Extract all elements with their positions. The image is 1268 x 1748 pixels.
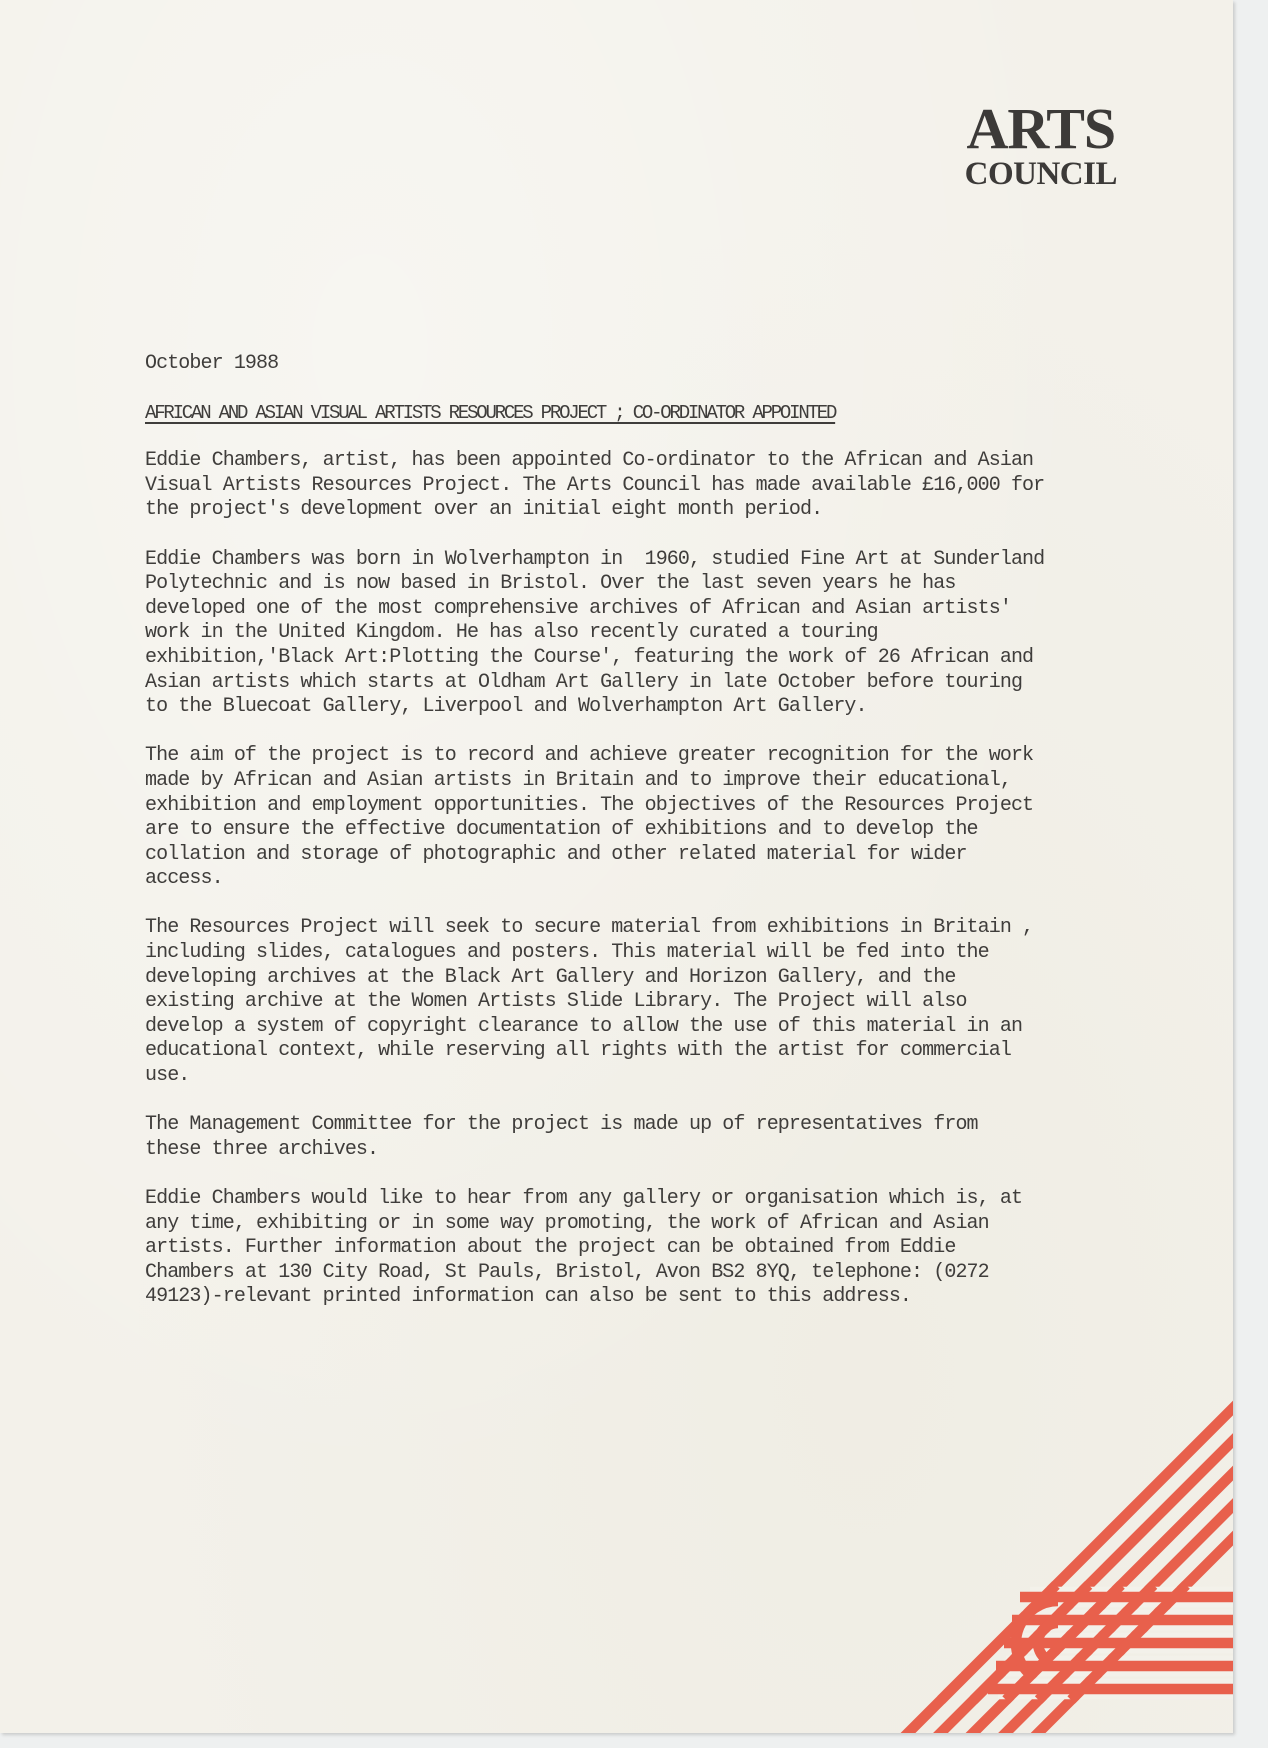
letter-paragraph: The Management Committee for the project… <box>145 1113 1165 1162</box>
letter-heading: AFRICAN AND ASIAN VISUAL ARTISTS RESOURC… <box>145 401 1165 426</box>
letter-paragraph: Eddie Chambers would like to hear from a… <box>145 1187 1165 1310</box>
arts-council-logo: ARTS COUNCIL <box>965 100 1117 191</box>
letter-paragraph: Eddie Chambers was born in Wolverhampton… <box>145 548 1165 720</box>
paragraph-line: The Resources Project will seek to secur… <box>145 916 1033 939</box>
letter-paragraph: Eddie Chambers, artist, has been appoint… <box>145 449 1165 523</box>
paragraph-line: made by African and Asian artists in Bri… <box>145 769 1011 792</box>
paragraph-line: Eddie Chambers would like to hear from a… <box>145 1187 1022 1210</box>
paragraph-line: 49123)-relevant printed information can … <box>145 1285 911 1308</box>
paragraph-line: The aim of the project is to record and … <box>145 744 1033 767</box>
letter-body: October 1988 AFRICAN AND ASIAN VISUAL AR… <box>145 352 1165 1335</box>
paragraph-line: use. <box>145 1064 189 1087</box>
letter-date: October 1988 <box>145 352 1165 377</box>
paragraph-line: exhibition and employment opportunities.… <box>145 794 1033 817</box>
paragraph-line: developed one of the most comprehensive … <box>145 597 1011 620</box>
paragraph-line: any time, exhibiting or in some way prom… <box>145 1212 989 1235</box>
paragraph-line: exhibition,'Black Art:Plotting the Cours… <box>145 646 1033 669</box>
paragraph-line: existing archive at the Women Artists Sl… <box>145 990 967 1013</box>
logo-council-text: COUNCIL <box>965 158 1117 191</box>
paragraph-line: these three archives. <box>145 1138 378 1161</box>
paragraph-line: Eddie Chambers, artist, has been appoint… <box>145 449 1033 472</box>
paragraph-line: develop a system of copyright clearance … <box>145 1015 1022 1038</box>
paragraph-line: to the Bluecoat Gallery, Liverpool and W… <box>145 695 867 718</box>
paragraph-line: are to ensure the effective documentatio… <box>145 818 978 841</box>
paragraph-line: Visual Artists Resources Project. The Ar… <box>145 474 1044 497</box>
paragraph-line: the project's development over an initia… <box>145 498 822 521</box>
paragraph-line: educational context, while reserving all… <box>145 1039 1011 1062</box>
logo-arts-text: ARTS <box>965 100 1117 158</box>
letter-paragraph: The Resources Project will seek to secur… <box>145 916 1165 1088</box>
paragraph-line: developing archives at the Black Art Gal… <box>145 966 955 989</box>
paragraph-line: work in the United Kingdom. He has also … <box>145 621 878 644</box>
paragraph-line: Chambers at 130 City Road, St Pauls, Bri… <box>145 1261 989 1284</box>
paragraph-line: including slides, catalogues and posters… <box>145 941 989 964</box>
paragraph-line: Polytechnic and is now based in Bristol.… <box>145 572 955 595</box>
show-through-text <box>470 870 796 888</box>
paragraph-line: Asian artists which starts at Oldham Art… <box>145 671 1022 694</box>
paragraph-line: Eddie Chambers was born in Wolverhampton… <box>145 548 1044 571</box>
paragraph-line: collation and storage of photographic an… <box>145 843 967 866</box>
paragraph-line: The Management Committee for the project… <box>145 1113 978 1136</box>
paragraph-line: artists. Further information about the p… <box>145 1236 955 1259</box>
paragraph-line: access. <box>145 867 223 890</box>
letter-page: ARTS COUNCIL October 1988 AFRICAN AND AS… <box>0 0 1233 1733</box>
